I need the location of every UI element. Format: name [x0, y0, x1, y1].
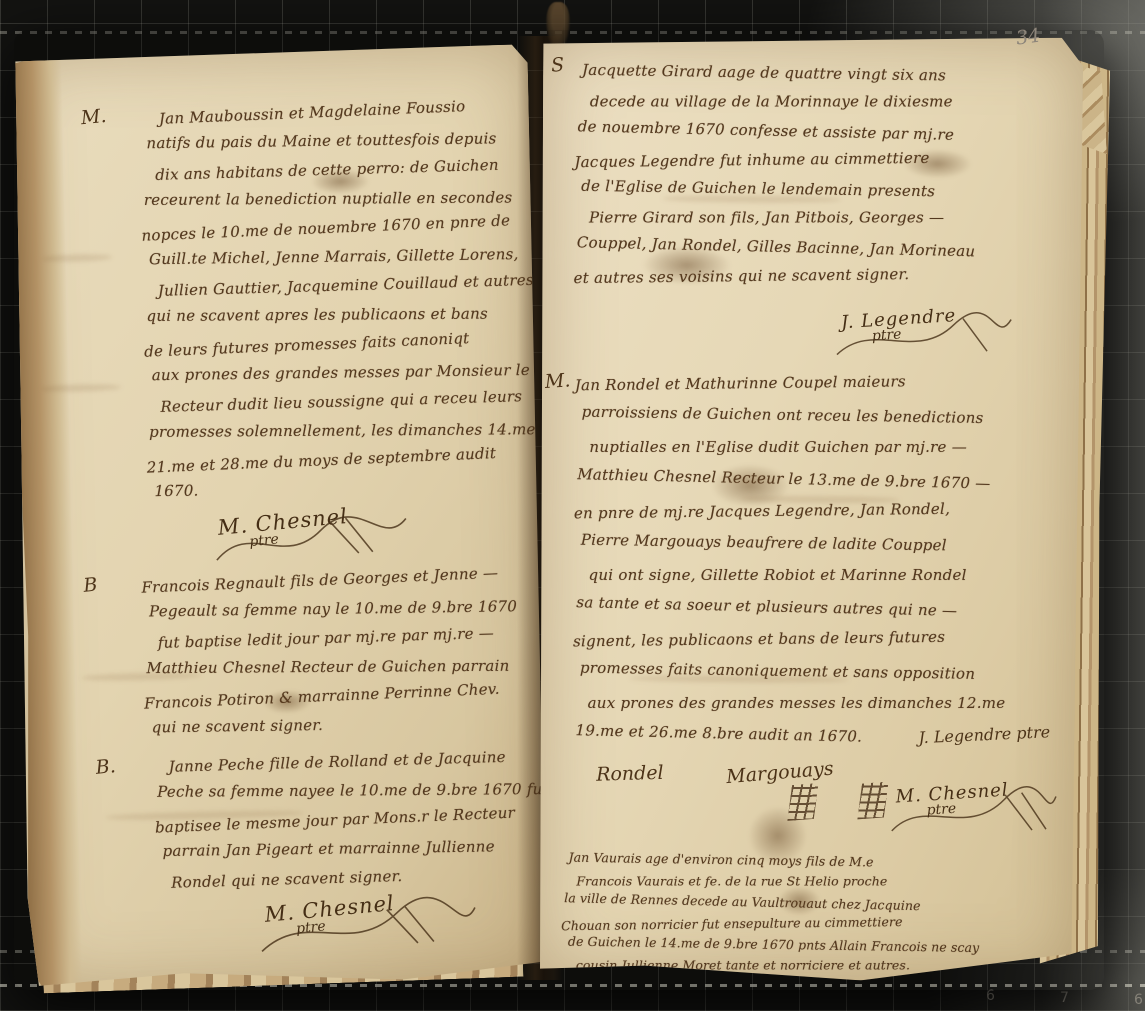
ink-stain	[642, 245, 732, 286]
ink-stain	[902, 149, 972, 179]
priest-signature: M. Chesnel ptre	[895, 779, 1010, 820]
witness-mark	[857, 781, 888, 819]
manuscript-line: promesses faits canoniquement et sans op…	[580, 655, 998, 694]
ruler-number: 6	[986, 988, 995, 1004]
margin-letter: B.	[95, 755, 117, 779]
manuscript-line: parroissiens de Guichen ont receu les be…	[581, 399, 999, 438]
ruler-number: 7	[1060, 990, 1069, 1006]
right-page: S Jacquette Girard aage de quattre vingt…	[537, 34, 1084, 982]
baptism-entry-peche: B. Janne Peche fille de Rolland et de Ja…	[153, 744, 548, 898]
ink-stain	[748, 806, 808, 866]
signature-flourish	[888, 790, 1061, 847]
manuscript-line: aux prones des grandes messes les dimanc…	[588, 690, 1006, 722]
marriage-entry-mauboussin: M. Jan Mauboussin et Magdelaine Foussio …	[139, 94, 535, 509]
baptism-entry-regnault: B Francois Regnault fils de Georges et J…	[141, 563, 513, 745]
margin-letter: B	[82, 574, 98, 597]
left-page: M. Jan Mauboussin et Magdelaine Foussio …	[7, 44, 548, 992]
bleedthrough-streak	[42, 254, 112, 263]
ink-stain	[777, 886, 821, 916]
marriage-entry-rondel: M. Jan Rondel et Mathurinne Coupel maieu…	[572, 368, 992, 755]
manuscript-line: Jacquette Girard aage de quattre vingt s…	[582, 57, 981, 92]
ink-stain	[710, 463, 790, 508]
manuscript-line: qui ont signe, Gillette Robiot et Marinn…	[589, 562, 1007, 594]
margin-letter: S	[550, 54, 564, 77]
burial-entry-vaurais: Jan Vaurais age d'environ cinq moys fils…	[561, 846, 973, 975]
priest-signature: M. Chesnel ptre	[264, 891, 397, 940]
manuscript-line: de l'Eglise de Guichen le lendemain pres…	[581, 173, 980, 208]
witness-signature: Rondel	[596, 762, 664, 786]
manuscript-line: decede au village de la Morinnaye le dix…	[590, 89, 989, 118]
margin-letter: M.	[544, 369, 571, 393]
priest-signature: M. Chesnel ptre	[217, 504, 350, 553]
margin-letter: M.	[80, 105, 107, 129]
manuscript-line: qui ne scavent signer.	[152, 709, 520, 743]
priest-signature: J. Legendre ptre	[840, 305, 957, 346]
manuscript-line: 1670.	[154, 473, 541, 507]
manuscript-line: Pierre Girard son fils, Jan Pitbois, Geo…	[589, 205, 988, 234]
manuscript-line: et autres ses voisins qui ne scavent sig…	[573, 260, 972, 294]
page-number: 34	[1015, 24, 1042, 49]
photograph-scene: 6 7 6 M. Jan Mauboussin et Magdelaine Fo…	[0, 0, 1145, 1011]
manuscript-line: nuptialles en l'Eglise dudit Guichen par…	[589, 434, 1007, 466]
manuscript-line: Pierre Margouays beaufrere de ladite Cou…	[581, 527, 999, 566]
burial-entry-girard: S Jacquette Girard aage de quattre vingt…	[574, 58, 974, 293]
ruler-number: 6	[1134, 992, 1143, 1008]
